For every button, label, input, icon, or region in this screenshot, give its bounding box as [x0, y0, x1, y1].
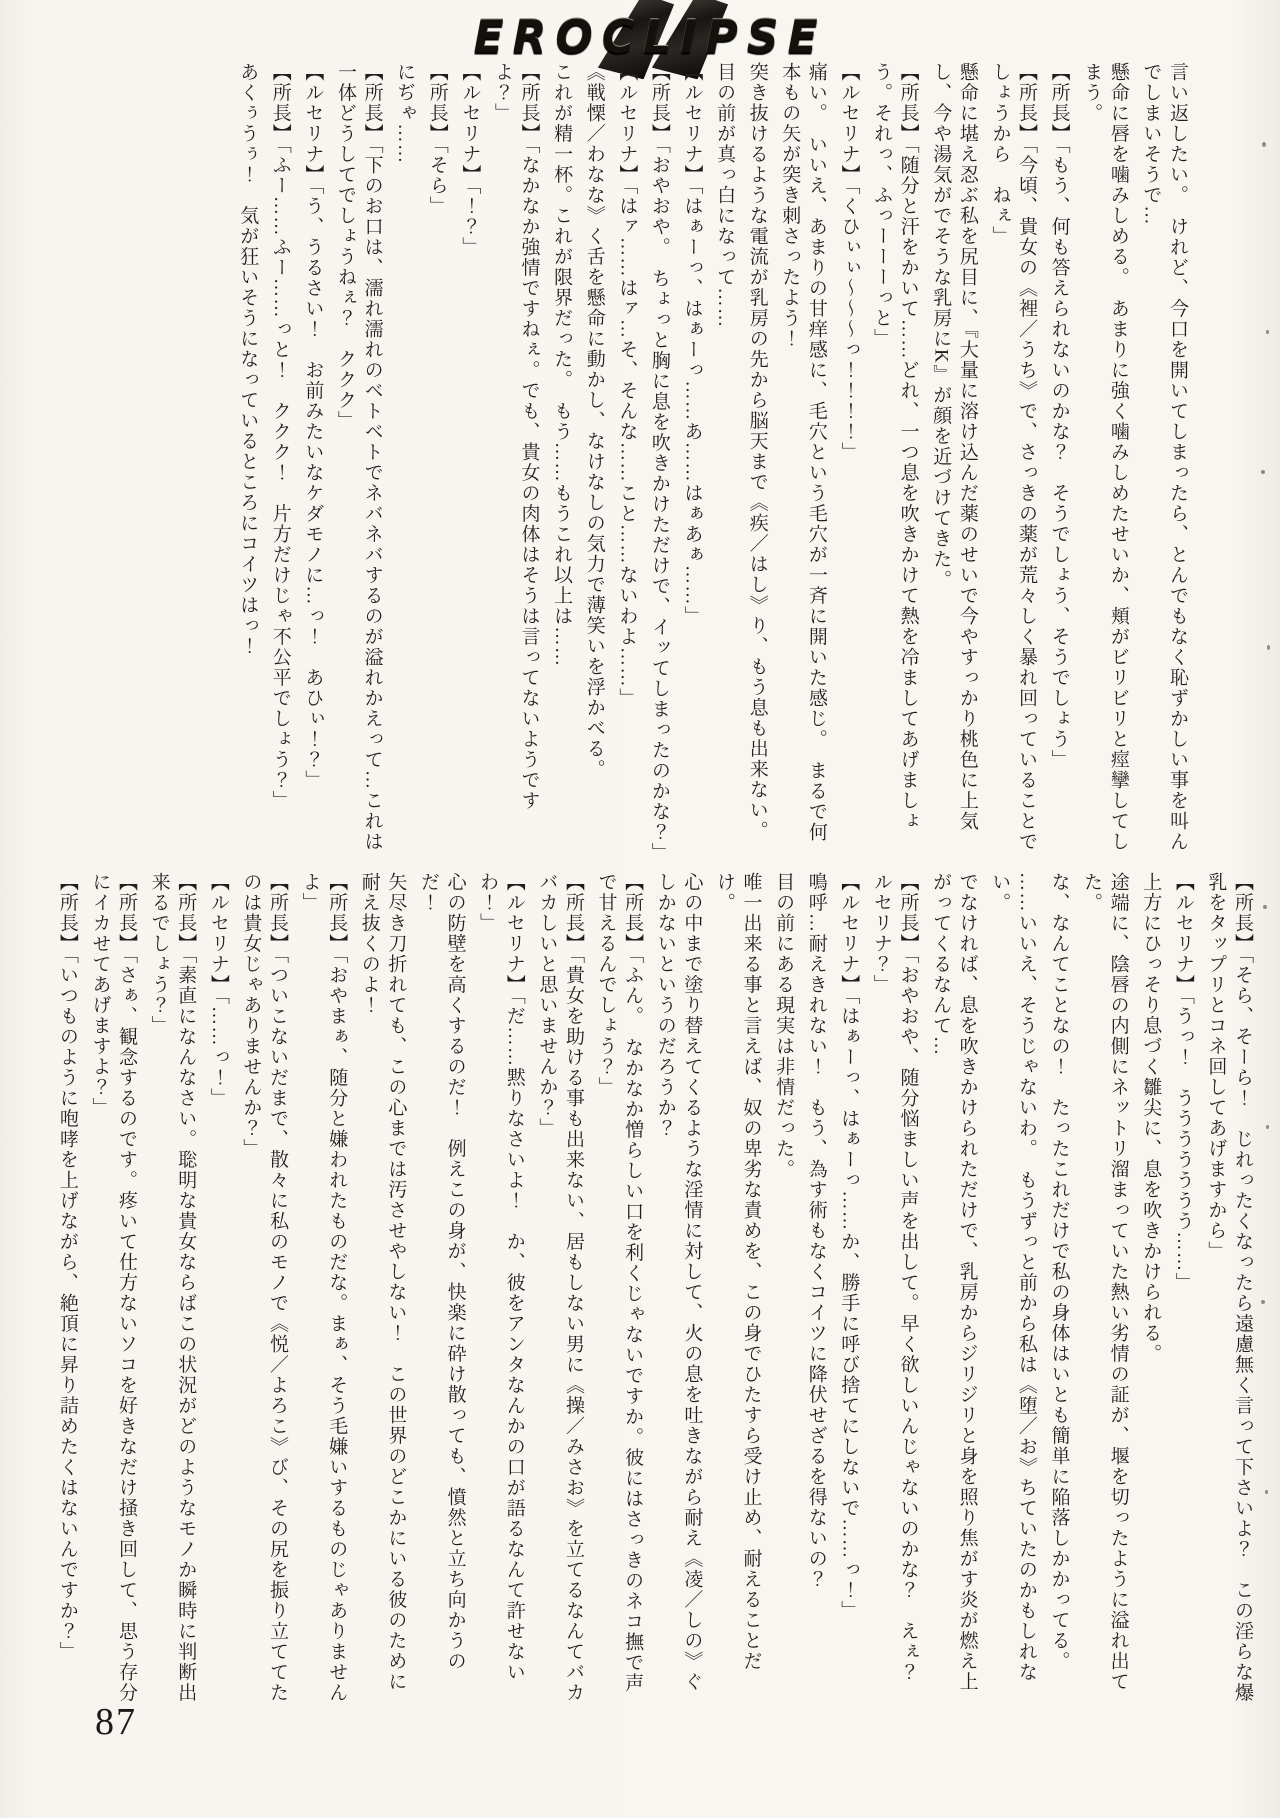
paragraph-column: 【ルセリナ】「うっ！ ううううううう……」	[1169, 872, 1196, 1710]
paragraph-column: 【ルセリナ】「だ……黙りなさいよ！ か、彼をアンタなんかの口が語るなんて許せない…	[474, 872, 527, 1710]
paragraph-column: な、なんてことなの！ たったこれだけで私の身体はいとも簡単に陥落しかかってる。	[1045, 872, 1072, 1710]
paragraph-column: 【ルセリナ】「う、うるさい！ お前みたいなケダモノに…っ！ あひぃ！？」	[299, 62, 326, 862]
scan-speck	[1265, 1490, 1268, 1494]
paragraph-column: にぢゃ……	[391, 62, 418, 862]
paragraph-column: 《戦慄／わなな》く舌を懸命に動かし、なけなしの気力で薄笑いを浮かべる。	[580, 62, 607, 862]
page-number: 87	[95, 1700, 137, 1744]
paragraph-column: 唯一出来る事と言えば、奴の卑劣な責めを、この身でひたすら受け止め、耐えることだけ…	[710, 872, 763, 1710]
paragraph-column: 心の防壁を高くするのだ！ 例えこの身が、快楽に砕け散っても、憤然と立ち向かうのだ…	[414, 872, 467, 1710]
paragraph-column: 【所長】「随分と汗をかいて……どれ、一つ息を吹きかけて熱を冷ましてあげましょう。…	[867, 62, 920, 862]
logo-title: EROCLIPSE	[440, 15, 860, 61]
paragraph-column: 【ルセリナ】「はァ……はァ…そ、そんな……こと……ないわよ……」	[613, 62, 640, 862]
logo: EROCLIPSE	[440, 0, 860, 70]
paragraph-column: 【所長】「そら、そーら！ じれったくなったら遠慮無く言って下さいよ？ この淫らな…	[1202, 872, 1255, 1710]
paragraph-column: 【所長】「ふー……ふー……っと！ ククク！ 片方だけじゃ不公平でしょう？」	[266, 62, 293, 862]
paragraph-column: 【所長】「なかなか強情ですねぇ。でも、貴女の肉体はそうは言ってないようですよ？」	[488, 62, 541, 862]
paragraph-column: 痛い。 いいえ、あまりの甘痒感に、毛穴という毛穴が一斉に開いた感じ。 まるで何本…	[776, 62, 829, 862]
paragraph-column: 【ルセリナ】「……っ！」	[204, 872, 231, 1710]
paragraph-column: 途端に、陰唇の内側にネットリ溜まっていた熱い劣情の証が、堰を切ったように溢れ出て…	[1077, 872, 1130, 1710]
paragraph-column: 【所長】「さぁ、観念するのです。疼いて仕方ないソコを好きなだけ掻き回して、思う存…	[86, 872, 139, 1710]
paragraph-column: 【所長】「素直になんなさい。聡明な貴女ならばこの状況がどのようなモノか瞬時に判断…	[145, 872, 198, 1710]
paragraph-column: 【ルセリナ】「くひぃぃ～～～っ！！！！」	[835, 62, 862, 862]
paragraph-column: 矢尽き刀折れても、この心までは汚させやしない！ この世界のどこかにいる彼のために…	[355, 872, 408, 1710]
paragraph-column: 【所長】「下のお口は、濡れ濡れのベトベトでネバネバするのが溢れかえって…これは一…	[331, 62, 384, 862]
paragraph-column: 【所長】「貴女を助ける事も出来ない、居もしない男に《操／みさお》を立てるなんてバ…	[533, 872, 586, 1710]
scan-speck	[1263, 905, 1267, 909]
paragraph-column: 心の中まで塗り替えてくるような淫情に対して、火の息を吐きながら耐え《凌／しの》ぐ…	[651, 872, 704, 1710]
paragraph-column: 【所長】「もう、何も答えられないのかな？ そうでしょう、そうでしょう」	[1045, 62, 1072, 862]
paragraph-column: 【ルセリナ】「！？」	[456, 62, 483, 862]
text-band-top: 言い返したい。 けれど、今口を開いてしまったら、とんでもなく恥ずかしい事を叫んで…	[228, 62, 1190, 862]
paragraph-column: 目の前が真っ白になって……	[711, 62, 738, 862]
paragraph-column: 鳴呼…耐えきれない！ もう、為す術もなくコイツに降伏せざるを得ないの？	[802, 872, 829, 1710]
paragraph-column: 言い返したい。 けれど、今口を開いてしまったら、とんでもなく恥ずかしい事を叫んで…	[1137, 62, 1190, 862]
scan-speck	[1261, 470, 1265, 474]
text-band-bottom: 【所長】「そら、そーら！ じれったくなったら遠慮無く言って下さいよ？ この淫らな…	[47, 872, 1255, 1710]
paragraph-column: 【所長】「いつものように咆哮を上げながら、絶頂に昇り詰めたくはないんですか？」	[53, 872, 80, 1710]
paragraph-column: 【所長】「今頃、貴女の《裡／うち》で、さっきの薬が荒々しく暴れ回っていることでし…	[986, 62, 1039, 862]
paragraph-column: 懸命に唇を噛みしめる。 あまりに強く噛みしめたせいか、頬がビリビリと痙攣してしま…	[1078, 62, 1131, 862]
paragraph-column: 【所長】「そら」	[423, 62, 450, 862]
scan-speck	[1261, 1300, 1265, 1304]
scan-speck	[1267, 645, 1270, 650]
scan-speck	[1266, 330, 1269, 334]
scanned-page: EROCLIPSE 言い返したい。 けれど、今口を開いてしまったら、とんでもなく…	[0, 0, 1280, 1818]
scan-speck	[1262, 142, 1266, 147]
paragraph-column: 懸命に堪え忍ぶ私を尻目に、『大量に溶け込んだ薬のせいで今やすっかり桃色に上気し、…	[927, 62, 980, 862]
paragraph-column: ……いいえ、そうじゃないわ。 もうずっと前から私は《堕／お》ちていたのかもしれな…	[986, 872, 1039, 1710]
paragraph-column: でなければ、息を吹きかけられただけで、乳房からジリジリと身を照り焦がす炎が燃え上…	[926, 872, 979, 1710]
paragraph-column: 【所長】「おやまぁ、随分と嫌われたものだな。まぁ、そう毛嫌いするものじゃありませ…	[296, 872, 349, 1710]
paragraph-column: 【所長】「ふん。 なかなか憎らしい口を利くじゃないですか。彼にはさっきのネコ撫で…	[592, 872, 645, 1710]
scan-speck	[1266, 1125, 1269, 1129]
paragraph-column: 上方にひっそり息づく雛尖に、息を吹きかけられる。	[1137, 872, 1164, 1710]
paragraph-column: 【所長】「おやおや。 ちょっと胸に息を吹きかけただけで、イッてしまったのかな？」	[645, 62, 672, 862]
paragraph-column: 突き抜けるような電流が乳房の先から脳天まで《疾／はし》り、もう息も出来ない。	[743, 62, 770, 862]
paragraph-column: 【ルセリナ】「はぁーっ、はぁーっ……あ……はぁあぁ……」	[678, 62, 705, 862]
paragraph-column: 【所長】「おやおや、随分悩ましい声を出して。早く欲しいんじゃないのかな？ えぇ？…	[867, 872, 920, 1710]
paragraph-column: 【所長】「ついこないだまで、散々に私のモノで《悦／よろこ》び、その尻を振り立てて…	[237, 872, 290, 1710]
paragraph-column: これが精一杯。これが限界だった。 もう……もうこれ以上は……	[548, 62, 575, 862]
paragraph-column: あくぅうぅ！ 気が狂いそうになっているところにコイツはっ！	[234, 62, 261, 862]
paragraph-column: 【ルセリナ】「はぁーっ、はぁーっ……か、勝手に呼び捨てにしないで……っ！」	[835, 872, 862, 1710]
paragraph-column: 目の前にある現実は非情だった。	[770, 872, 797, 1710]
